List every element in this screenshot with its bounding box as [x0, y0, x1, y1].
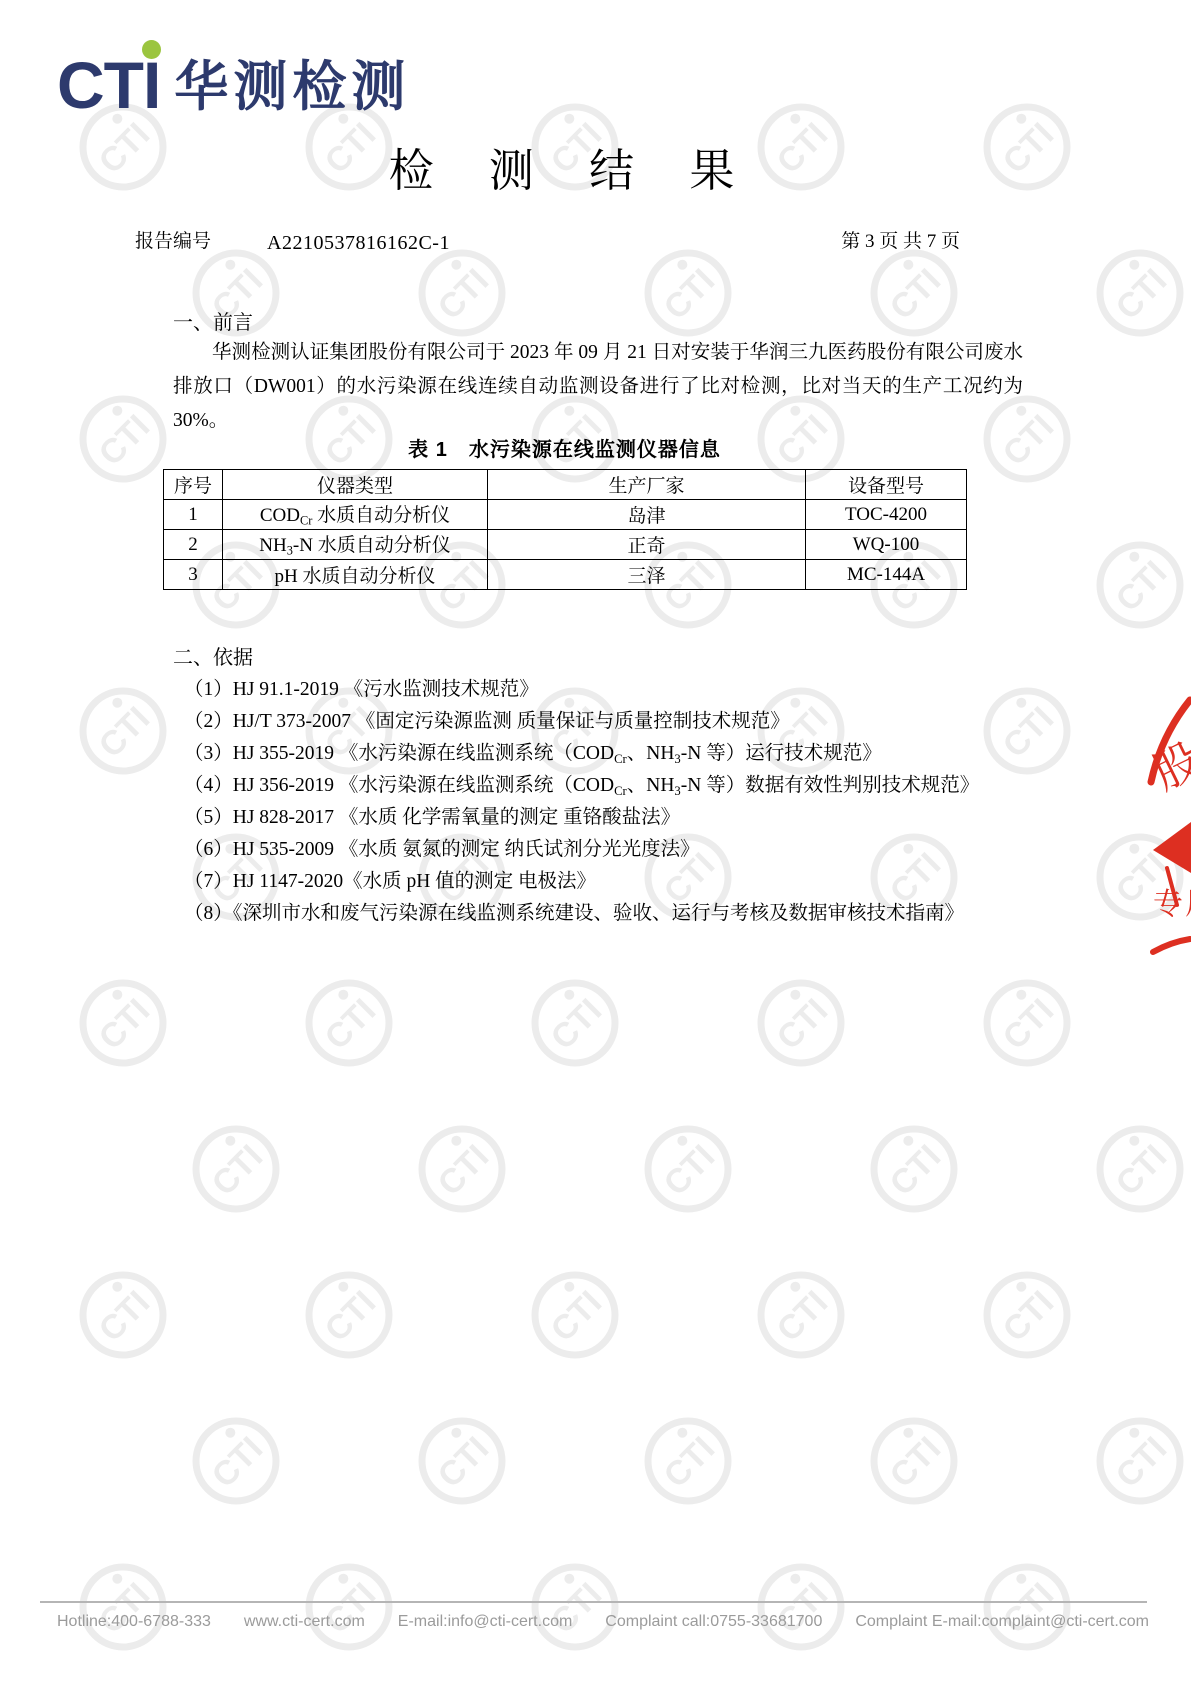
stamp-arc-bottom	[1153, 939, 1190, 952]
cell-manufacturer: 岛津	[488, 500, 806, 530]
cell-manufacturer: 正奇	[488, 530, 806, 560]
list-item: （7）HJ 1147-2020《水质 pH 值的测定 电极法》	[184, 868, 1114, 900]
column-header-model: 设备型号	[806, 470, 967, 500]
cell-model: TOC-4200	[806, 500, 967, 530]
text-segment: （6）HJ 535-2009 《水质 氨氮的测定 纳氏试剂分光光度法》	[184, 839, 700, 860]
subscript-text: Cr	[614, 752, 627, 766]
footer-divider	[40, 1601, 1147, 1603]
table-header-row: 序号 仪器类型 生产厂家 设备型号	[164, 470, 967, 500]
footer-website: www.cti-cert.com	[244, 1612, 365, 1633]
cell-model: MC-144A	[806, 560, 967, 590]
text-segment: -N 等）数据有效性判别技术规范》	[681, 775, 979, 796]
list-item: （1）HJ 91.1-2019 《污水监测技术规范》	[184, 676, 1114, 708]
text-segment: （5）HJ 828-2017 《水质 化学需氧量的测定 重铬酸盐法》	[184, 807, 680, 828]
text-segment: 水质自动分析仪	[312, 505, 450, 526]
cell-no: 1	[164, 500, 223, 530]
cell-no: 3	[164, 560, 223, 590]
stamp-line-fragment	[1167, 868, 1177, 905]
list-item: （3）HJ 355-2019 《水污染源在线监测系统（CODCr、NH3-N 等…	[184, 740, 1114, 772]
section-heading-basis: 二、依据	[173, 646, 253, 670]
section-heading-preface: 一、前言	[173, 311, 253, 335]
stamp-char-fragment-bottom: 专用	[1153, 888, 1191, 921]
text-segment: -N 水质自动分析仪	[293, 535, 451, 556]
table-row: 3 pH 水质自动分析仪 三泽 MC-144A	[164, 560, 967, 590]
subscript-text: Cr	[300, 514, 312, 528]
report-number-label: 报告编号	[135, 230, 211, 256]
footer-email: E-mail:info@cti-cert.com	[398, 1612, 573, 1633]
text-segment: -N 等）运行技术规范》	[681, 743, 882, 764]
cti-logo-wordmark: CTI	[57, 52, 160, 118]
text-segment: NH	[259, 535, 286, 556]
page-content: CTI 华测检测 检 测 结 果 报告编号 A2210537816162C-1 …	[0, 0, 1191, 1684]
report-number-value: A2210537816162C-1	[267, 230, 450, 256]
stamp-star-fragment	[1153, 822, 1191, 873]
text-segment: COD	[260, 505, 300, 526]
cell-model: WQ-100	[806, 530, 967, 560]
page-title: 检 测 结 果	[0, 144, 1145, 198]
text-segment: （3）HJ 355-2019 《水污染源在线监测系统（COD	[184, 743, 614, 764]
text-segment: （7）HJ 1147-2020《水质 pH 值的测定 电极法》	[184, 871, 596, 892]
instrument-table-block: 表 1 水污染源在线监测仪器信息 序号 仪器类型 生产厂家 设备型号 1 COD…	[163, 433, 966, 590]
report-page: CTICTICTICTICTICTICTICTICTICTICTICTICTIC…	[0, 0, 1191, 1684]
table-row: 1 CODCr 水质自动分析仪 岛津 TOC-4200	[164, 500, 967, 530]
list-item: （2）HJ/T 373-2007 《固定污染源监测 质量保证与质量控制技术规范》	[184, 708, 1114, 740]
preface-paragraph: 华测检测认证集团股份有限公司于 2023 年 09 月 21 日对安装于华润三九…	[173, 336, 1023, 438]
list-item: （8）《深圳市水和废气污染源在线监测系统建设、验收、运行与考核及数据审核技术指南…	[184, 900, 1114, 932]
stamp-char-fragment-top: 股	[1146, 733, 1191, 799]
text-segment: （2）HJ/T 373-2007 《固定污染源监测 质量保证与质量控制技术规范》	[184, 711, 790, 732]
instrument-table: 序号 仪器类型 生产厂家 设备型号 1 CODCr 水质自动分析仪 岛津 TOC…	[163, 469, 967, 590]
stamp-arc-top	[1151, 700, 1190, 782]
footer-complaint-email: Complaint E-mail:complaint@cti-cert.com	[855, 1612, 1149, 1633]
list-item: （6）HJ 535-2009 《水质 氨氮的测定 纳氏试剂分光光度法》	[184, 836, 1114, 868]
footer-hotline: Hotline:400-6788-333	[57, 1612, 211, 1633]
report-number-group: 报告编号 A2210537816162C-1	[135, 230, 450, 256]
cell-type: pH 水质自动分析仪	[223, 560, 488, 590]
cell-no: 2	[164, 530, 223, 560]
cti-logo-chinese: 华测检测	[174, 60, 410, 114]
text-segment: pH 水质自动分析仪	[275, 566, 436, 587]
cti-logo: CTI 华测检测	[57, 52, 410, 118]
list-item: （5）HJ 828-2017 《水质 化学需氧量的测定 重铬酸盐法》	[184, 804, 1114, 836]
cell-type: NH3-N 水质自动分析仪	[223, 530, 488, 560]
text-segment: （8）《深圳市水和废气污染源在线监测系统建设、验收、运行与考核及数据审核技术指南…	[184, 903, 964, 924]
column-header-type: 仪器类型	[223, 470, 488, 500]
text-segment: （4）HJ 356-2019 《水污染源在线监测系统（COD	[184, 775, 614, 796]
page-indicator: 第 3 页 共 7 页	[841, 230, 960, 256]
table-row: 2 NH3-N 水质自动分析仪 正奇 WQ-100	[164, 530, 967, 560]
footer-complaint-call: Complaint call:0755-33681700	[605, 1612, 822, 1633]
list-item: （4）HJ 356-2019 《水污染源在线监测系统（CODCr、NH3-N 等…	[184, 772, 1114, 804]
report-meta: 报告编号 A2210537816162C-1 第 3 页 共 7 页	[135, 230, 960, 256]
cti-logo-text: CTI	[57, 48, 160, 122]
subscript-text: Cr	[614, 784, 627, 798]
text-segment: （1）HJ 91.1-2019 《污水监测技术规范》	[184, 679, 539, 700]
text-segment: 、NH	[627, 743, 675, 764]
cell-manufacturer: 三泽	[488, 560, 806, 590]
text-segment: 、NH	[627, 775, 675, 796]
basis-reference-list: （1）HJ 91.1-2019 《污水监测技术规范》 （2）HJ/T 373-2…	[184, 676, 1114, 932]
column-header-manufacturer: 生产厂家	[488, 470, 806, 500]
column-header-no: 序号	[164, 470, 223, 500]
footer-contact-bar: Hotline:400-6788-333 www.cti-cert.com E-…	[57, 1612, 1149, 1633]
table1-title: 表 1 水污染源在线监测仪器信息	[163, 433, 966, 462]
cell-type: CODCr 水质自动分析仪	[223, 500, 488, 530]
